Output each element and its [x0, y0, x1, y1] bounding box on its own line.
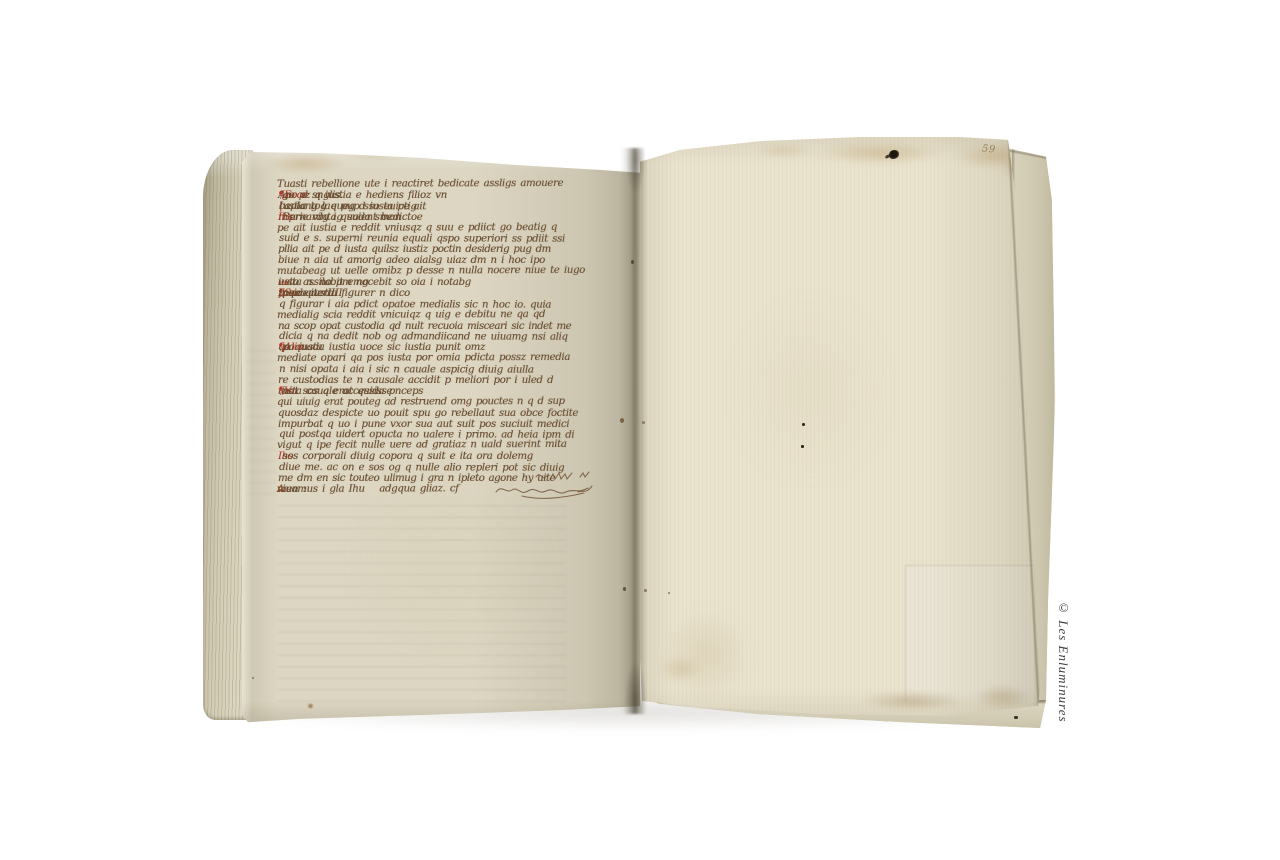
photo-scene: Tuasti rebellione ute i reactiret bedica…	[0, 0, 1280, 860]
page-curvature-shading	[242, 148, 640, 724]
sewing-hole	[623, 587, 626, 591]
speck	[1014, 716, 1018, 719]
sewing-hole	[644, 589, 647, 592]
gutter-shadow	[620, 148, 650, 714]
sewing-hole	[631, 260, 634, 264]
pen-flourish	[492, 470, 596, 500]
sewing-hole	[620, 418, 624, 423]
left-page: Tuasti rebellione ute i reactiret bedica…	[242, 148, 640, 724]
right-page: 59	[638, 134, 1042, 724]
sewing-hole	[642, 421, 645, 424]
page-curvature-shading	[638, 134, 1042, 724]
top-stain	[505, 148, 575, 164]
copyright-watermark: © Les Enluminures	[1051, 600, 1071, 745]
